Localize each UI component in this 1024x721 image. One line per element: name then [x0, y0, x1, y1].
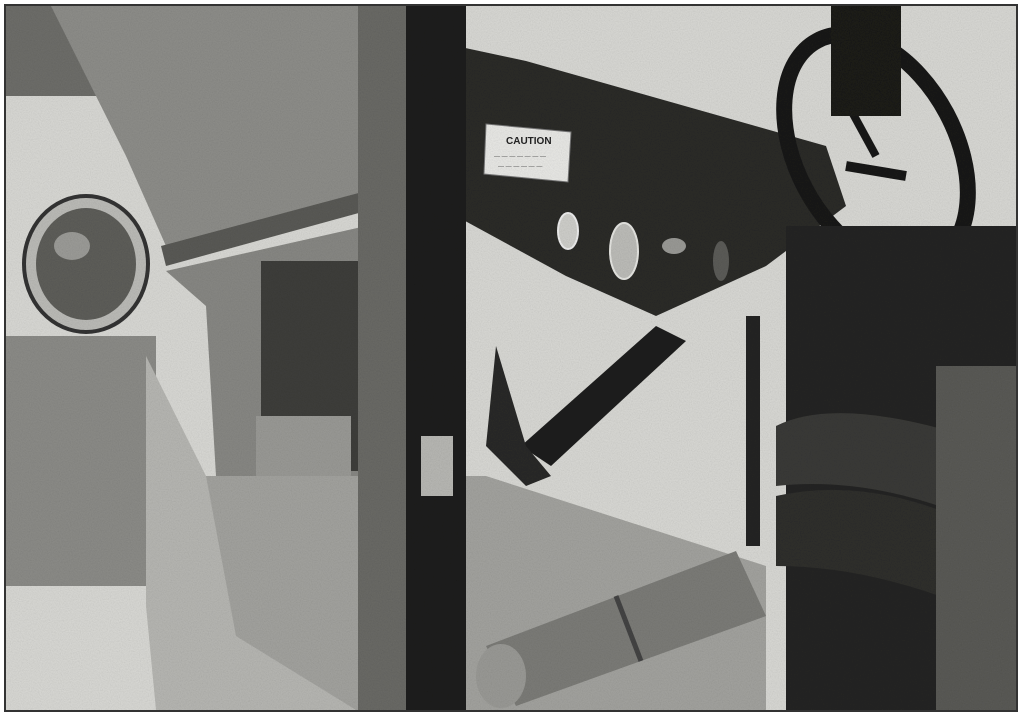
caution-sign-line-2: — — — — — —: [498, 164, 542, 170]
photo-frame: CAUTION — — — — — — — — — — — — —: [4, 4, 1018, 712]
switch-icon: [662, 238, 686, 254]
gauge-icon: [713, 241, 729, 281]
leather-seat: [776, 226, 1016, 710]
caution-sign-title: CAUTION: [506, 136, 552, 147]
car-body-left: [6, 336, 156, 586]
gear-lever-icon: [746, 316, 760, 546]
caution-sign-line-1: — — — — — — —: [494, 154, 546, 160]
door-post: [406, 6, 466, 710]
car-interior-photo: CAUTION — — — — — — — — — — — — —: [6, 6, 1016, 710]
door-hinge-icon: [421, 436, 453, 496]
speedometer-icon: [610, 223, 638, 279]
caution-sign: CAUTION — — — — — — — — — — — — —: [484, 124, 571, 182]
gauge-icon: [558, 213, 578, 249]
door-pillar: [358, 6, 413, 710]
headlamp-icon: [24, 196, 148, 332]
